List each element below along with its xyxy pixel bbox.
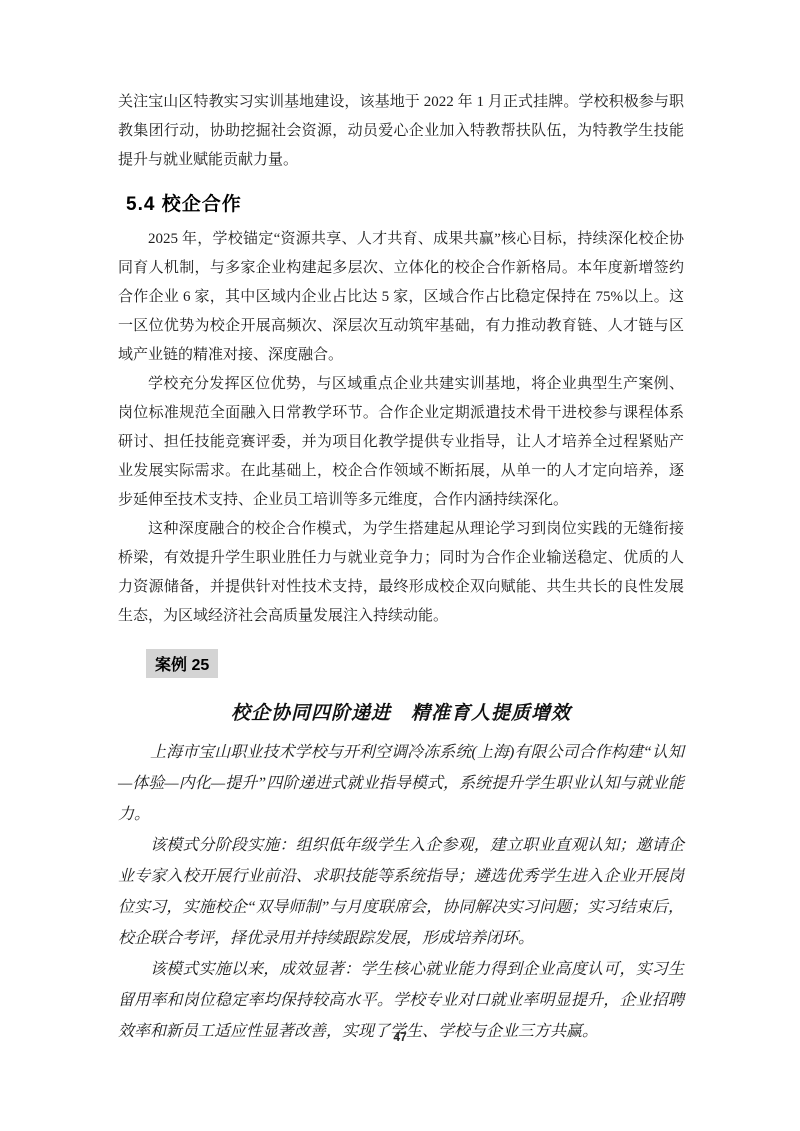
case-title: 校企协同四阶递进 精准育人提质增效 <box>118 698 684 725</box>
case-label-badge: 案例 25 <box>146 649 218 678</box>
body-paragraph-1: 2025 年，学校锚定“资源共享、人才共育、成果共赢”核心目标，持续深化校企协同… <box>118 225 684 370</box>
body-paragraph-2: 学校充分发挥区位优势，与区域重点企业共建实训基地，将企业典型生产案例、岗位标准规… <box>118 370 684 515</box>
document-page: 关注宝山区特教实习实训基地建设，该基地于 2022 年 1 月正式挂牌。学校积极… <box>0 0 800 1131</box>
page-content: 关注宝山区特教实习实训基地建设，该基地于 2022 年 1 月正式挂牌。学校积极… <box>118 88 684 1047</box>
case-paragraph-2: 该模式分阶段实施：组织低年级学生入企参观，建立职业直观认知；邀请企业专家入校开展… <box>118 830 684 954</box>
body-paragraph-3: 这种深度融合的校企合作模式，为学生搭建起从理论学习到岗位实践的无缝衔接桥梁，有效… <box>118 515 684 631</box>
section-heading-5-4: 5.4 校企合作 <box>126 189 684 216</box>
paragraph-continuation: 关注宝山区特教实习实训基地建设，该基地于 2022 年 1 月正式挂牌。学校积极… <box>118 88 684 175</box>
page-number: 47 <box>0 1030 800 1044</box>
case-paragraph-1: 上海市宝山职业技术学校与开利空调冷冻系统(上海)有限公司合作构建“认知—体验—内… <box>118 737 684 830</box>
